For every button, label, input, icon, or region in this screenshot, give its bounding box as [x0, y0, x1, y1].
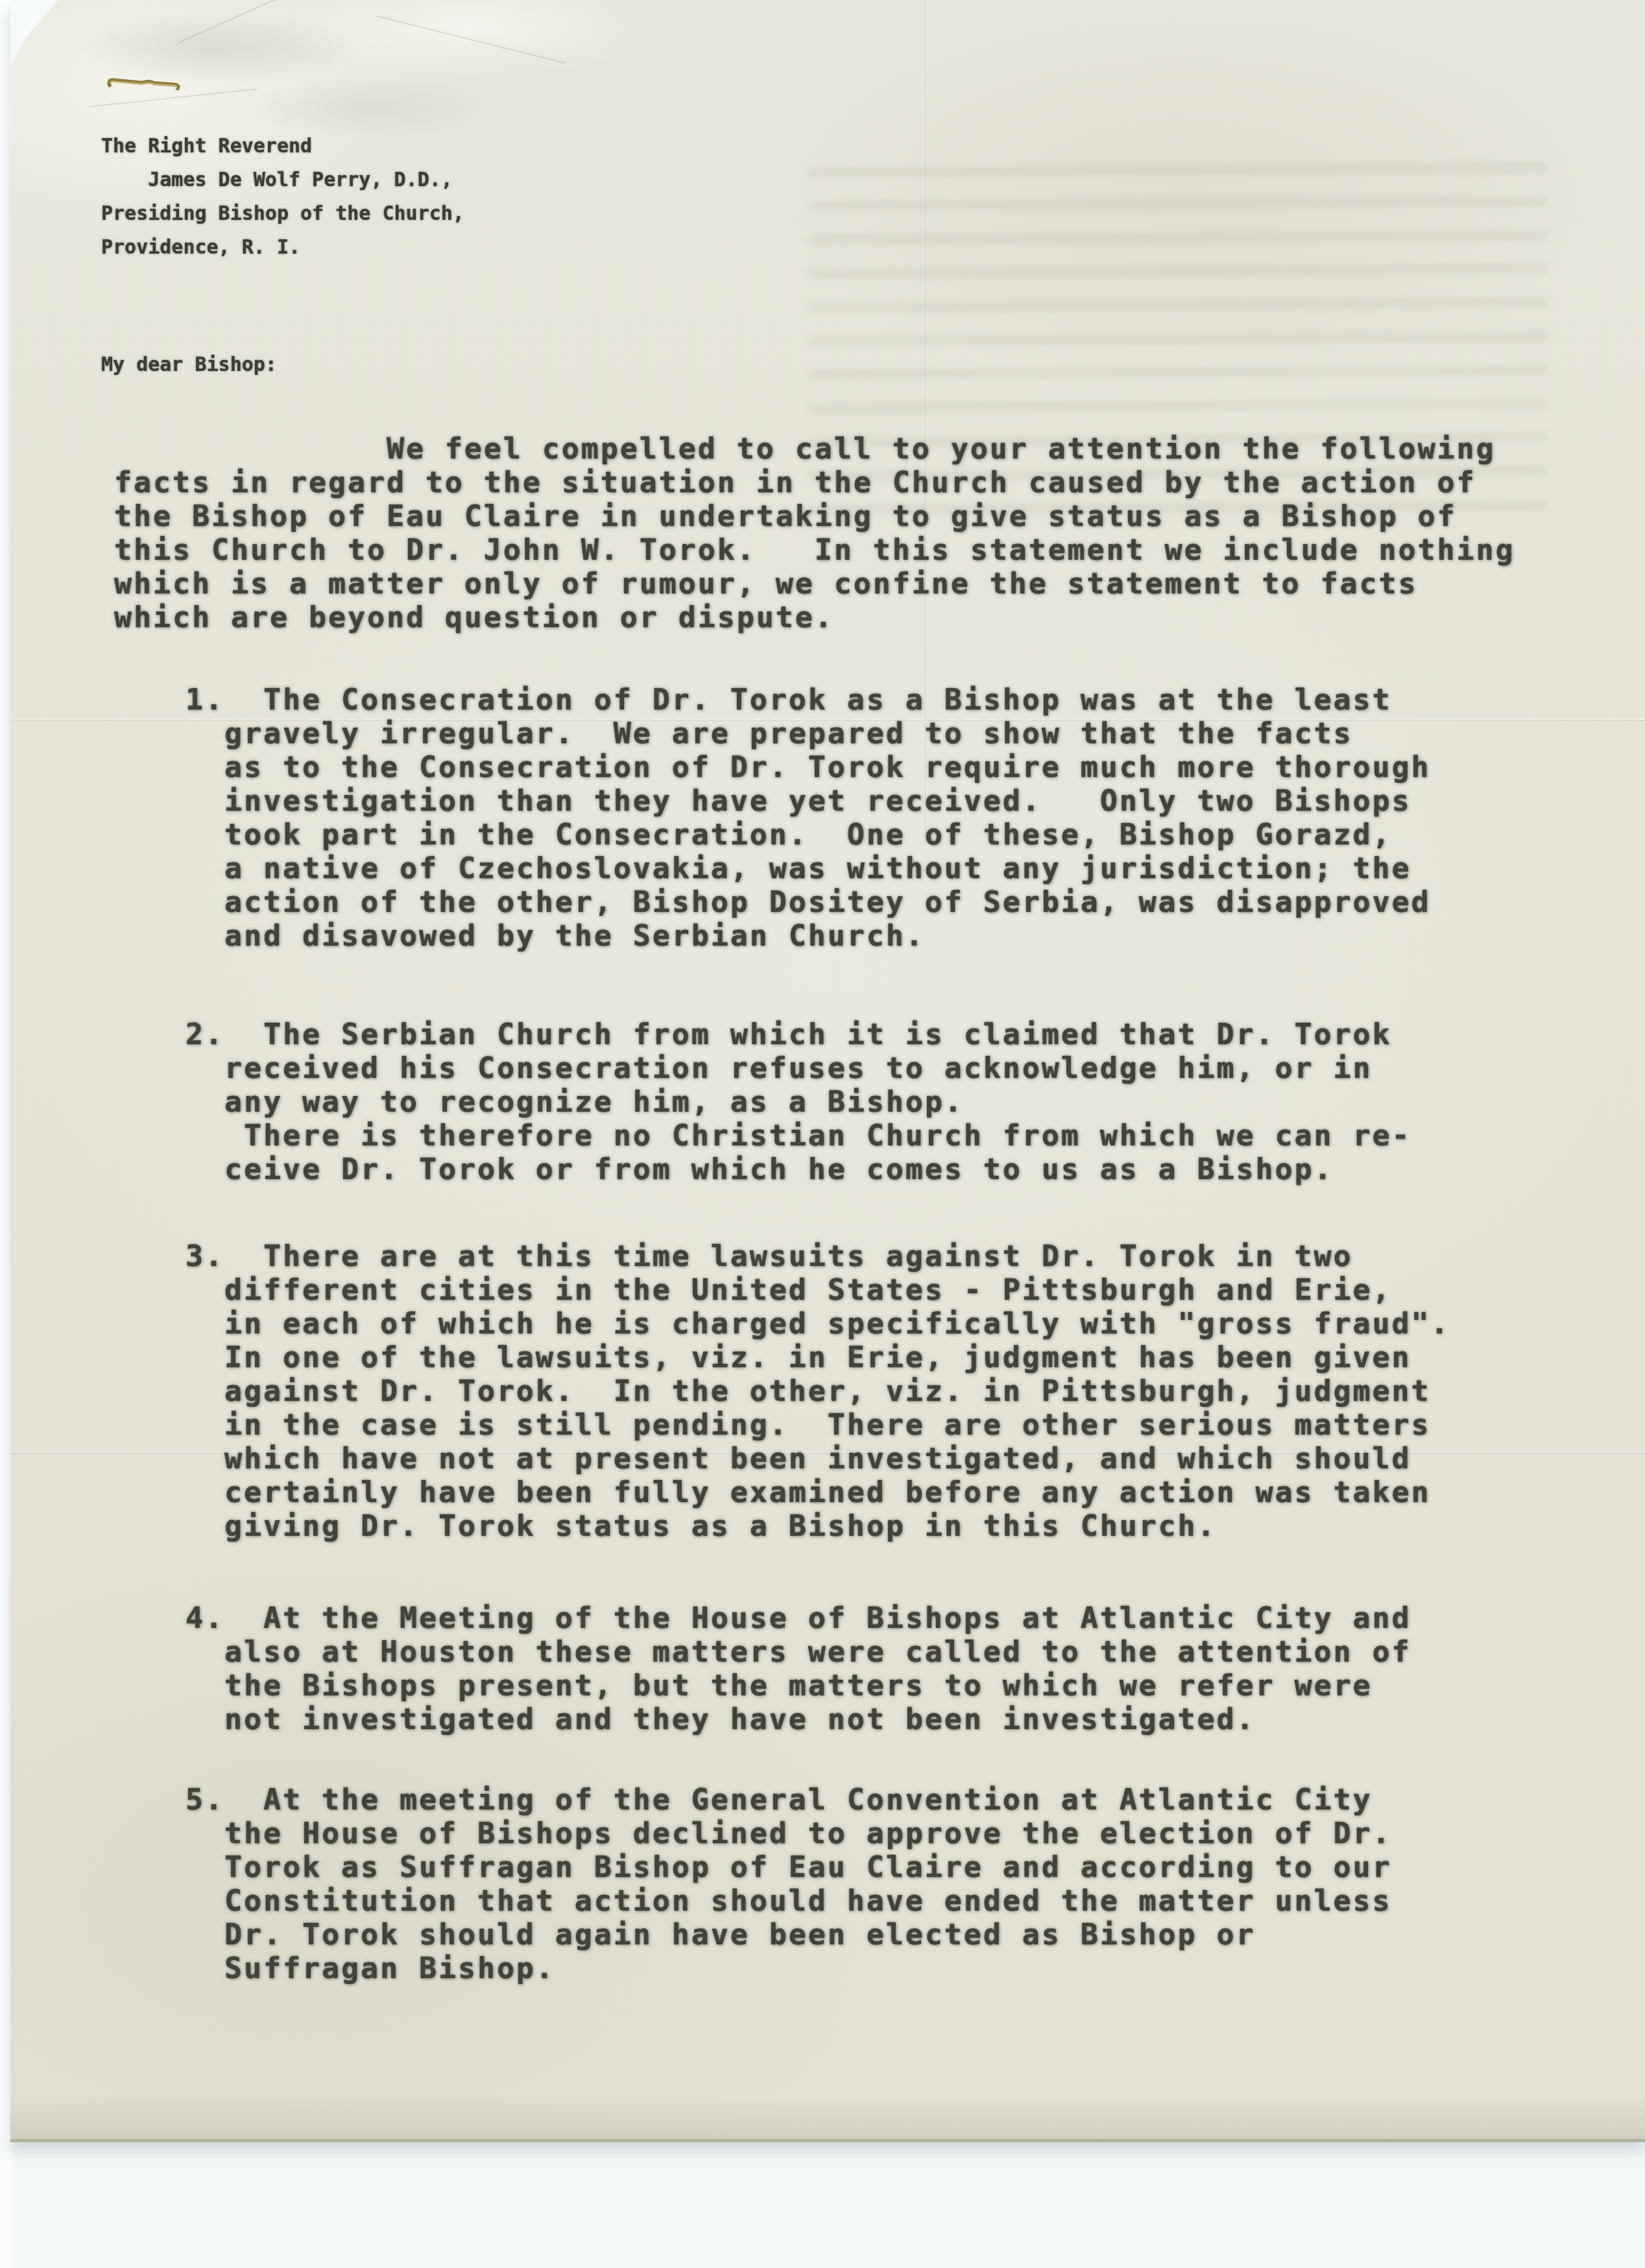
list-item-4: 4. At the Meeting of the House of Bishop… — [186, 1601, 1411, 1736]
list-item-line: Torok as Suffragan Bishop of Eau Claire … — [186, 1850, 1392, 1884]
paragraph-line: which is a matter only of rumour, we con… — [114, 567, 1515, 601]
list-item-line: 2. The Serbian Church from which it is c… — [186, 1018, 1411, 1051]
list-item-3: 3. There are at this time lawsuits again… — [186, 1239, 1450, 1543]
recipient-line: The Right Reverend — [101, 130, 464, 163]
salutation-line: My dear Bishop: — [101, 348, 277, 382]
list-item-line: and disavowed by the Serbian Church. — [186, 919, 1431, 953]
list-item-line: received his Consecration refuses to ack… — [186, 1051, 1411, 1085]
list-item-line: gravely irregular. We are prepared to sh… — [186, 717, 1431, 750]
recipient-line: James De Wolf Perry, D.D., — [101, 163, 464, 197]
list-item-line: the Bishops present, but the matters to … — [186, 1669, 1411, 1702]
paragraph-line: this Church to Dr. John W. Torok. In thi… — [114, 533, 1515, 567]
list-item-line: in the case is still pending. There are … — [186, 1408, 1450, 1442]
list-item-5: 5. At the meeting of the General Convent… — [186, 1783, 1392, 1985]
paragraph-line: the Bishop of Eau Claire in undertaking … — [114, 499, 1515, 533]
list-item-1: 1. The Consecration of Dr. Torok as a Bi… — [186, 683, 1431, 953]
salutation: My dear Bishop: — [101, 348, 277, 382]
list-item-line: different cities in the United States - … — [186, 1273, 1450, 1307]
bottom-edge-shading — [10, 2095, 1645, 2139]
list-item-line: Constitution that action should have end… — [186, 1884, 1392, 1918]
list-item-line: the House of Bishops declined to approve… — [186, 1817, 1392, 1850]
list-item-line: also at Houston these matters were calle… — [186, 1635, 1411, 1669]
list-item-line: any way to recognize him, as a Bishop. — [186, 1085, 1411, 1119]
list-item-line: Suffragan Bishop. — [186, 1952, 1392, 1985]
list-item-line: 5. At the meeting of the General Convent… — [186, 1783, 1392, 1817]
list-item-line: action of the other, Bishop Dositey of S… — [186, 885, 1431, 919]
paragraph-line: facts in regard to the situation in the … — [114, 466, 1515, 499]
list-item-line: as to the Consecration of Dr. Torok requ… — [186, 750, 1431, 784]
list-item-2: 2. The Serbian Church from which it is c… — [186, 1018, 1411, 1186]
list-item-line: There is therefore no Christian Church f… — [186, 1119, 1411, 1152]
list-item-line: ceive Dr. Torok or from which he comes t… — [186, 1152, 1411, 1186]
list-item-line: a native of Czechoslovakia, was without … — [186, 852, 1431, 885]
list-item-line: which have not at present been investiga… — [186, 1442, 1450, 1475]
list-item-line: investigation than they have yet receive… — [186, 784, 1431, 818]
list-item-line: took part in the Consecration. One of th… — [186, 818, 1431, 852]
list-item-line: 4. At the Meeting of the House of Bishop… — [186, 1601, 1411, 1635]
list-item-line: giving Dr. Torok status as a Bishop in t… — [186, 1509, 1450, 1543]
opening-paragraph: We feel compelled to call to your attent… — [114, 432, 1515, 634]
staple — [105, 74, 187, 93]
list-item-line: certainly have been fully examined befor… — [186, 1475, 1450, 1509]
list-item-line: against Dr. Torok. In the other, viz. in… — [186, 1374, 1450, 1408]
recipient-line: Providence, R. I. — [101, 231, 464, 265]
letter-paper: The Right Reverend James De Wolf Perry, … — [10, 0, 1645, 2142]
list-item-line: 1. The Consecration of Dr. Torok as a Bi… — [186, 683, 1431, 717]
recipient-line: Presiding Bishop of the Church, — [101, 197, 464, 231]
list-item-line: Dr. Torok should again have been elected… — [186, 1918, 1392, 1952]
list-item-line: in each of which he is charged specifica… — [186, 1307, 1450, 1341]
list-item-line: In one of the lawsuits, viz. in Erie, ju… — [186, 1341, 1450, 1374]
list-item-line: 3. There are at this time lawsuits again… — [186, 1239, 1450, 1273]
recipient-block: The Right Reverend James De Wolf Perry, … — [101, 130, 464, 265]
paragraph-line: We feel compelled to call to your attent… — [114, 432, 1515, 466]
scanned-letter-page: { "letter": { "recipient_block": { "line… — [0, 0, 1645, 2268]
list-item-line: not investigated and they have not been … — [186, 1702, 1411, 1736]
paragraph-line: which are beyond question or dispute. — [114, 601, 1515, 634]
